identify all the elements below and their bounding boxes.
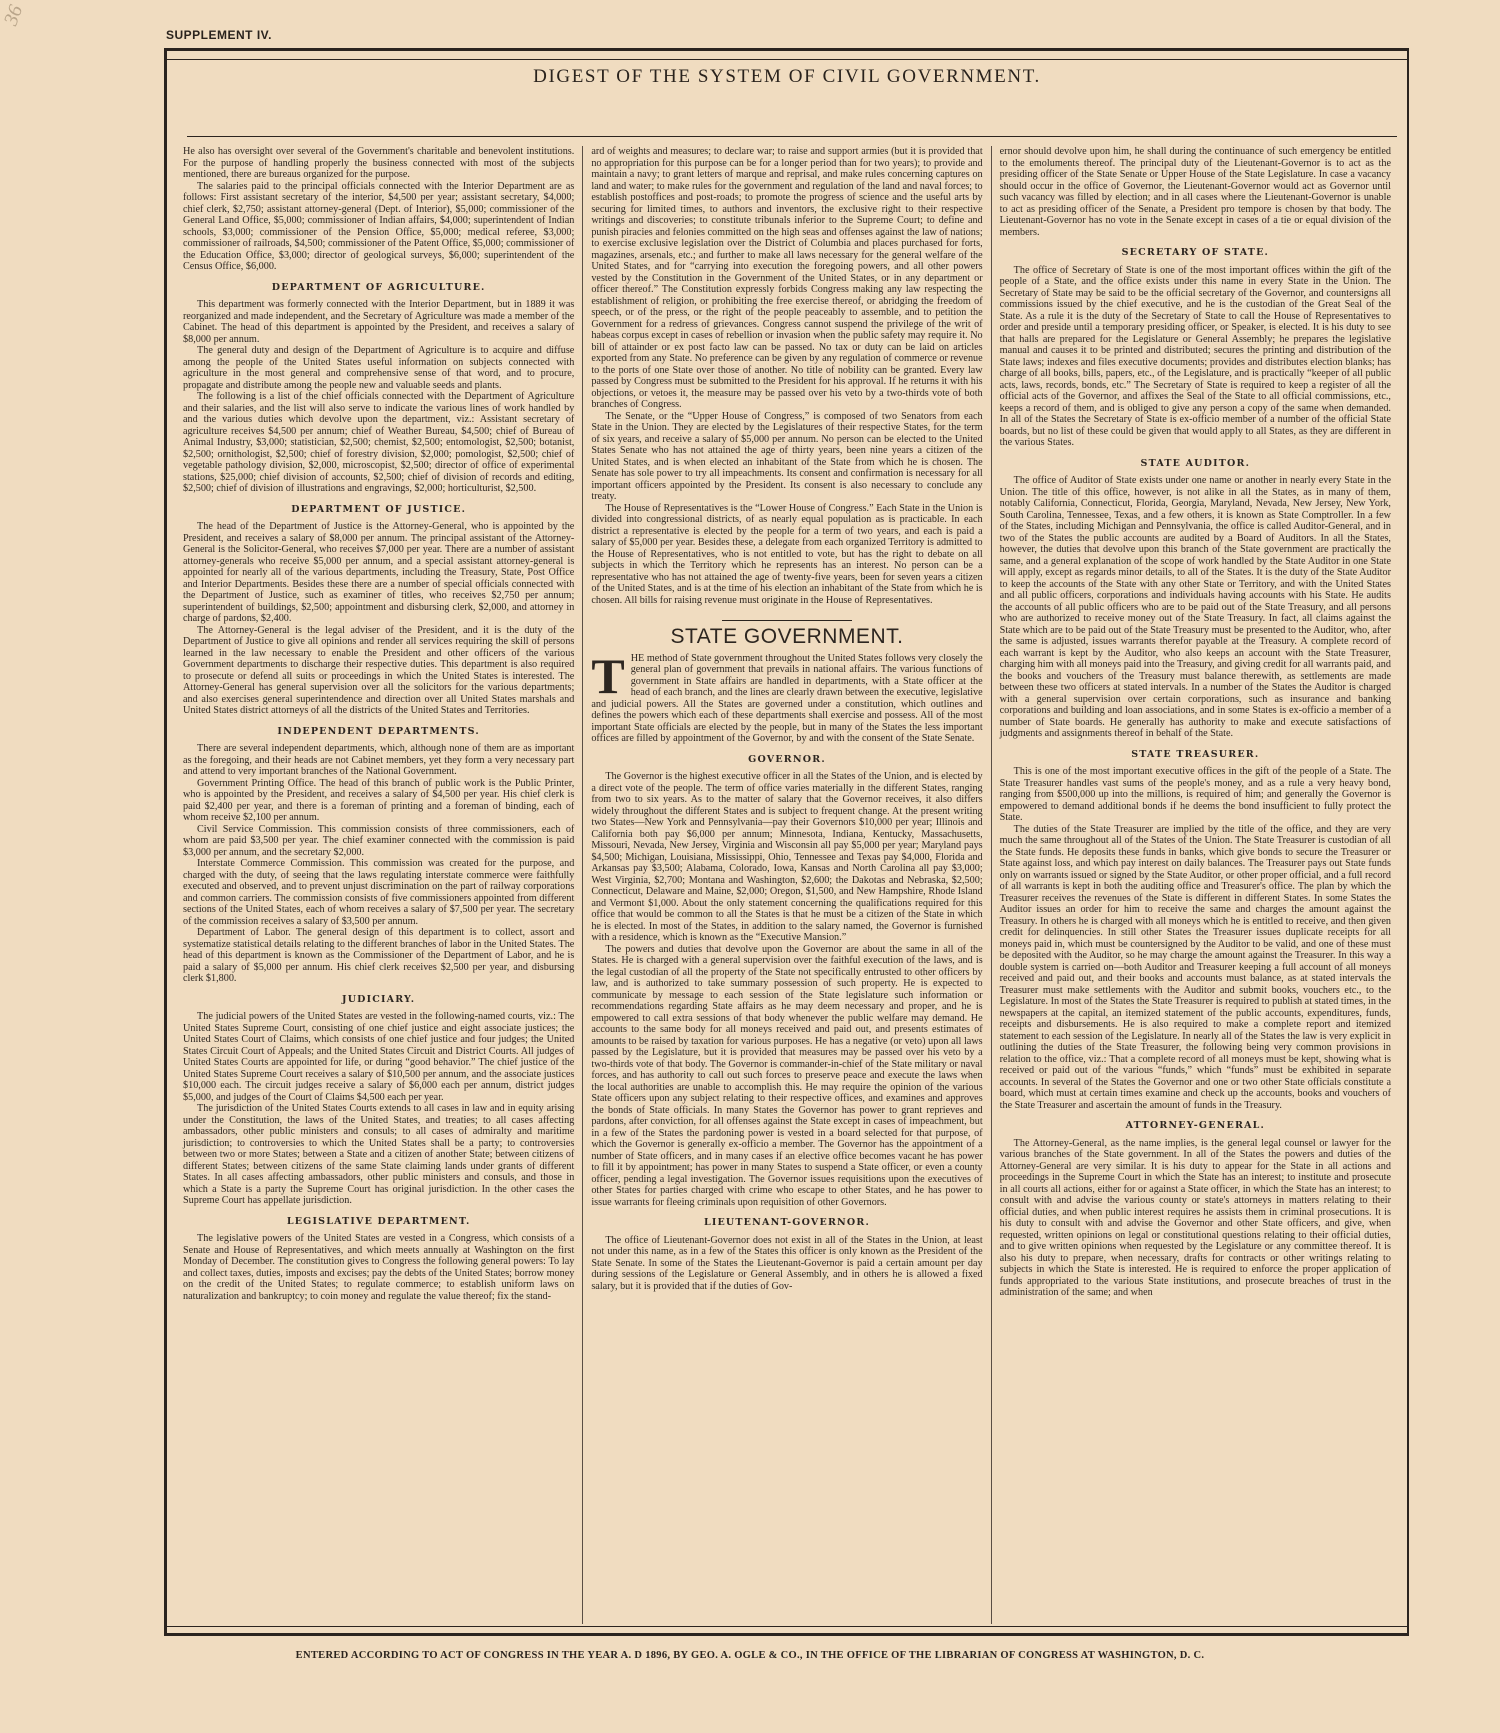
drop-cap: T (591, 655, 624, 697)
paragraph: The House of Representatives is the “Low… (591, 503, 982, 607)
paragraph: The jurisdiction of the United States Co… (183, 1103, 574, 1207)
paragraph: He also has oversight over several of th… (183, 146, 574, 181)
section-heading: JUDICIARY. (183, 994, 574, 1006)
column-3: ernor should devolve upon him, he shall … (991, 146, 1399, 1624)
text-columns: He also has oversight over several of th… (175, 146, 1399, 1624)
section-heading: INDEPENDENT DEPARTMENTS. (183, 726, 574, 738)
paragraph: This department was formerly connected w… (183, 299, 574, 345)
paragraph: Interstate Commerce Commission. This com… (183, 858, 574, 927)
title-rule (187, 136, 1397, 137)
paragraph: Civil Service Commission. This commissio… (183, 824, 574, 859)
section-heading: ATTORNEY-GENERAL. (1000, 1120, 1391, 1132)
major-section-heading: STATE GOVERNMENT. (591, 631, 982, 643)
page-frame: DIGEST OF THE SYSTEM OF CIVIL GOVERNMENT… (164, 48, 1409, 1636)
paragraph: The general duty and design of the Depar… (183, 345, 574, 391)
section-divider (722, 620, 852, 621)
section-heading: STATE AUDITOR. (1000, 458, 1391, 470)
frame-bottom-rule (167, 1626, 1407, 1636)
paragraph: The Governor is the highest executive of… (591, 771, 982, 944)
supplement-label: SUPPLEMENT IV. (166, 28, 272, 42)
paragraph: The Attorney-General, as the name implie… (1000, 1138, 1391, 1299)
paragraph-text: HE method of State government throughout… (591, 653, 982, 745)
paragraph: This is one of the most important execut… (1000, 766, 1391, 824)
handwritten-page-number: 36 (0, 2, 28, 29)
paragraph: The office of Auditor of State exists un… (1000, 475, 1391, 740)
paragraph: The office of Secretary of State is one … (1000, 265, 1391, 449)
section-heading: SECRETARY OF STATE. (1000, 247, 1391, 259)
section-heading: LEGISLATIVE DEPARTMENT. (183, 1216, 574, 1228)
intro-paragraph: THE method of State government throughou… (591, 653, 982, 745)
copyright-footer: ENTERED ACCORDING TO ACT OF CONGRESS IN … (0, 1650, 1500, 1661)
paragraph: The head of the Department of Justice is… (183, 521, 574, 625)
paragraph: The Attorney-General is the legal advise… (183, 625, 574, 717)
paragraph: ard of weights and measures; to declare … (591, 146, 982, 411)
page-title: DIGEST OF THE SYSTEM OF CIVIL GOVERNMENT… (167, 66, 1407, 88)
section-heading: DEPARTMENT OF AGRICULTURE. (183, 282, 574, 294)
frame-top-rule (167, 48, 1407, 60)
paragraph: The legislative powers of the United Sta… (183, 1233, 574, 1302)
column-1: He also has oversight over several of th… (175, 146, 582, 1624)
section-heading: STATE TREASURER. (1000, 749, 1391, 761)
paragraph: Government Printing Office. The head of … (183, 778, 574, 824)
paragraph: The office of Lieutenant-Governor does n… (591, 1235, 982, 1293)
paragraph: ernor should devolve upon him, he shall … (1000, 146, 1391, 238)
paragraph: The powers and duties that devolve upon … (591, 944, 982, 1209)
paragraph: The salaries paid to the principal offic… (183, 181, 574, 273)
section-heading: DEPARTMENT OF JUSTICE. (183, 504, 574, 516)
column-2: ard of weights and measures; to declare … (582, 146, 990, 1624)
paragraph: There are several independent department… (183, 743, 574, 778)
paragraph: The Senate, or the “Upper House of Congr… (591, 411, 982, 503)
paragraph: The following is a list of the chief off… (183, 391, 574, 495)
paragraph: The judicial powers of the United States… (183, 1011, 574, 1103)
section-heading: GOVERNOR. (591, 754, 982, 766)
paragraph: Department of Labor. The general design … (183, 927, 574, 985)
paragraph: The duties of the State Treasurer are im… (1000, 824, 1391, 1112)
section-heading: LIEUTENANT-GOVERNOR. (591, 1217, 982, 1229)
